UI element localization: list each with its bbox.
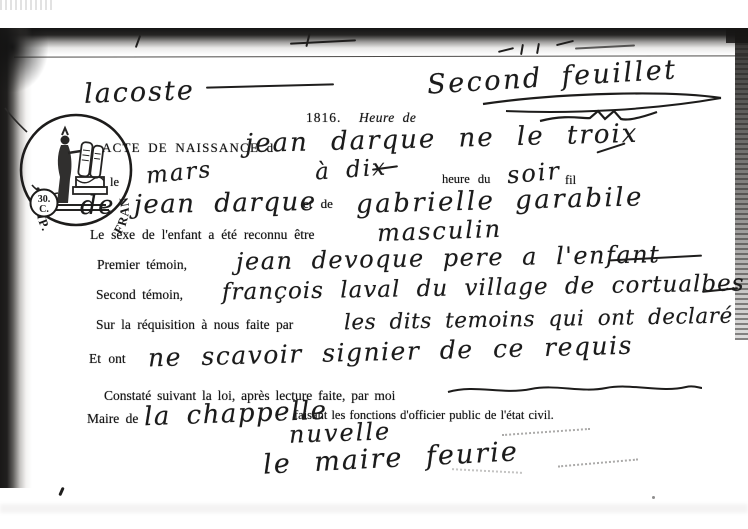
stamp-value-unit: C.: [39, 204, 49, 215]
scan-smudge-bottom: [0, 504, 748, 513]
handwritten-sex: masculin: [377, 215, 503, 247]
scan-edge-corner-blob: [0, 28, 48, 92]
filler-rule: [446, 380, 704, 400]
handwritten-requisition: les dits temoins qui ont declaré: [344, 304, 733, 336]
scan-edge-left: [0, 28, 32, 488]
handwritten-signed-declaration: ne scavoir signier de ce requis: [148, 331, 634, 373]
handwritten-father-name: de jean darque: [80, 187, 317, 221]
scan-edge-top: [0, 28, 748, 55]
scan-edge-right-corner: [726, 28, 748, 43]
printed-year: 1816.: [306, 110, 341, 126]
stamp-drapery: [76, 177, 104, 183]
pen-flourish-tail: [206, 83, 334, 88]
stamp-tablets: [78, 142, 104, 178]
printed-first-witness-label: Premier témoin,: [97, 257, 187, 273]
printed-heure-de: Heure de: [359, 110, 416, 126]
handwritten-second-witness: françois laval du village de cortualbes: [222, 270, 745, 305]
handwritten-month: mars: [145, 157, 214, 190]
faded-ink-marks: [558, 459, 638, 468]
handwritten-commune-top: lacoste: [83, 75, 195, 110]
printed-sex-label: Le sexe de l'enfant a été reconnu être: [90, 227, 314, 243]
printed-et-ont: Et ont: [89, 351, 126, 367]
ink-speck: [652, 496, 655, 499]
printed-heure-du: heure du: [442, 172, 490, 187]
printed-le: le: [110, 175, 119, 190]
stamp-figure-head: [61, 136, 70, 145]
handwritten-hour: à dix: [314, 155, 388, 186]
handwritten-first-witness: jean devoque pere a l'enfant: [236, 240, 661, 275]
printed-maire-de: Maire de: [87, 411, 138, 427]
handwritten-child-name: jean darque ne le troix: [245, 119, 639, 159]
faded-ink-marks: [502, 428, 590, 436]
ink-speck: [58, 487, 64, 496]
printed-requisition-label: Sur la réquisition à nous faite par: [96, 317, 293, 333]
printed-second-witness-label: Second témoin,: [96, 287, 183, 303]
scan-noise-top-left: [0, 0, 54, 10]
stamp-figure-crest: [62, 128, 68, 135]
scanned-birth-record-page: EMP. DE FRAN 30. C.: [0, 0, 748, 529]
margin-check-stroke: [2, 104, 30, 138]
